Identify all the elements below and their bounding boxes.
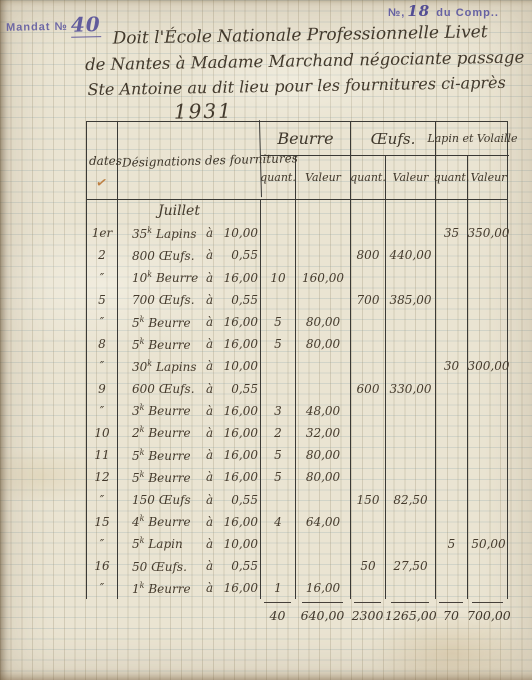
lapin-quant-cell (436, 422, 468, 444)
compte-stamp: №,18du Comp.. (388, 2, 499, 20)
designation-cell: 30k Lapins à 10,00 (118, 355, 261, 377)
table-row: 9 600 Œufs. à 0,55 600 330,00 (87, 378, 507, 400)
beurre-quant-cell: 5 (261, 444, 296, 466)
designation-cell: 1k Beurre à 16,00 (118, 577, 261, 599)
designation-a: à (206, 271, 213, 285)
beurre-valeur-cell (296, 355, 351, 377)
designation-item: 2k Beurre (132, 425, 191, 440)
designation-a: à (206, 382, 213, 396)
designation-a: à (206, 581, 213, 595)
oeufs-valeur-cell: 440,00 (386, 244, 436, 266)
designation-a: à (206, 248, 213, 262)
lapin-quant-cell (436, 555, 468, 577)
table-row: 16 50 Œufs. à 0,55 50 27,50 (87, 555, 507, 577)
beurre-quant-cell (261, 555, 296, 577)
beurre-quant-cell (261, 289, 296, 311)
lapin-valeur-cell: 300,00 (468, 355, 509, 377)
lapin-quant-cell (436, 488, 468, 510)
designation-cell: 5k Beurre à 16,00 (118, 333, 261, 355)
lapin-valeur-cell (468, 311, 509, 333)
lapin-quant-cell (436, 333, 468, 355)
title-year: 1931 (174, 99, 233, 124)
designation-a: à (206, 426, 213, 440)
lapin-valeur-cell (468, 244, 509, 266)
date-cell: 10 (87, 422, 118, 444)
beurre-valeur-cell (296, 244, 351, 266)
designation-item: 5k Lapin (132, 536, 183, 551)
mandat-stamp-label: Mandat № (6, 21, 68, 34)
designation-a: à (206, 293, 213, 307)
designation-item: 4k Beurre (132, 514, 191, 529)
beurre-quant-cell: 2 (261, 422, 296, 444)
total-beurre-quant: 40 (260, 601, 295, 633)
table-row: ″ 5k Beurre à 16,00 5 80,00 (87, 311, 507, 333)
mandat-number: 40 (71, 12, 101, 38)
designation-item: 150 Œufs (132, 492, 191, 507)
lapin-valeur-cell (468, 289, 509, 311)
oeufs-quant-cell: 150 (351, 488, 386, 510)
lapin-valeur-cell: 350,00 (468, 222, 509, 244)
oeufs-valeur-cell: 82,50 (386, 488, 436, 510)
designation-item: 5k Beurre (132, 315, 191, 330)
header-lapin-quant: quant. (436, 156, 468, 199)
total-lapin-valeur: 700,00 (467, 601, 508, 633)
beurre-quant-cell: 5 (261, 333, 296, 355)
beurre-valeur-cell (296, 555, 351, 577)
beurre-valeur-cell (296, 222, 351, 244)
designation-item: 800 Œufs. (132, 248, 195, 263)
designation-a: à (206, 537, 213, 551)
lapin-valeur-cell (468, 422, 509, 444)
lapin-valeur-cell (468, 466, 509, 488)
designation-item: 700 Œufs. (132, 292, 195, 307)
beurre-valeur-cell: 160,00 (296, 267, 351, 289)
designation-unit-price: 0,55 (218, 248, 258, 262)
date-cell (87, 200, 118, 222)
oeufs-valeur-cell (386, 422, 436, 444)
designation-unit-price: 16,00 (218, 581, 258, 595)
designation-item: 1k Beurre (132, 581, 191, 596)
table-row: ″ 5k Lapin à 10,00 5 50,00 (87, 533, 507, 555)
lapin-quant-cell: 30 (436, 355, 468, 377)
oeufs-valeur-cell (386, 355, 436, 377)
table-row: 12 5k Beurre à 16,00 5 80,00 (87, 466, 507, 488)
oeufs-quant-cell: 700 (351, 289, 386, 311)
compte-suffix: du Comp.. (436, 7, 499, 19)
oeufs-quant-cell: 50 (351, 555, 386, 577)
oeufs-valeur-cell (386, 267, 436, 289)
beurre-valeur-cell: 32,00 (296, 422, 351, 444)
date-cell: ″ (87, 311, 118, 333)
oeufs-quant-cell: 600 (351, 378, 386, 400)
beurre-quant-cell: 5 (261, 466, 296, 488)
lapin-valeur-cell (468, 400, 509, 422)
compte-number: 18 (407, 2, 430, 20)
beurre-valeur-cell: 80,00 (296, 311, 351, 333)
oeufs-quant-cell (351, 466, 386, 488)
header-oeufs-valeur: Valeur (386, 156, 436, 199)
lapin-quant-cell: 35 (436, 222, 468, 244)
designation-cell: 5k Beurre à 16,00 (118, 444, 261, 466)
designation-item: 5k Beurre (132, 470, 191, 485)
lapin-quant-cell (436, 466, 468, 488)
oeufs-quant-cell (351, 533, 386, 555)
lapin-quant-cell (436, 400, 468, 422)
date-cell: ″ (87, 400, 118, 422)
oeufs-quant-cell (351, 355, 386, 377)
oeufs-valeur-cell (386, 222, 436, 244)
title-line-2: de Nantes à Madame Marchand négociante p… (85, 47, 525, 74)
table-row: 11 5k Beurre à 16,00 5 80,00 (87, 444, 507, 466)
designation-cell: 5k Beurre à 16,00 (118, 466, 261, 488)
beurre-valeur-cell: 80,00 (296, 333, 351, 355)
designation-cell: 10k Beurre à 16,00 (118, 267, 261, 289)
oeufs-quant-cell: 800 (351, 244, 386, 266)
table-row: ″ 3k Beurre à 16,00 3 48,00 (87, 400, 507, 422)
table-row: ″ 1k Beurre à 16,00 1 16,00 (87, 577, 507, 599)
date-cell: 9 (87, 378, 118, 400)
lapin-quant-cell (436, 289, 468, 311)
mandat-stamp: Mandat №40 (6, 12, 101, 38)
designation-unit-price: 16,00 (218, 515, 258, 529)
table-header: dates Désignations des fournitures Beurr… (86, 121, 508, 200)
oeufs-quant-cell (351, 267, 386, 289)
beurre-quant-cell (261, 355, 296, 377)
beurre-valeur-cell (296, 533, 351, 555)
designation-cell: 4k Beurre à 16,00 (118, 511, 261, 533)
designation-cell: 5k Lapin à 10,00 (118, 533, 261, 555)
beurre-quant-cell (261, 488, 296, 510)
lapin-valeur-cell (468, 267, 509, 289)
designation-unit-price: 0,55 (218, 382, 258, 396)
beurre-quant-cell (261, 244, 296, 266)
beurre-valeur-cell: 48,00 (296, 400, 351, 422)
table-row: 2 800 Œufs. à 0,55 800 440,00 (87, 244, 507, 266)
designation-item: 10k Beurre (132, 270, 198, 285)
lapin-quant-cell (436, 378, 468, 400)
designation-unit-price: 16,00 (218, 271, 258, 285)
lapin-quant-cell (436, 444, 468, 466)
lapin-quant-cell (436, 267, 468, 289)
designation-unit-price: 10,00 (218, 226, 258, 240)
oeufs-quant-cell (351, 577, 386, 599)
oeufs-valeur-cell: 27,50 (386, 555, 436, 577)
oeufs-valeur-cell (386, 577, 436, 599)
designation-item: 600 Œufs. (132, 381, 195, 396)
lapin-quant-cell: 5 (436, 533, 468, 555)
lapin-valeur-cell (468, 488, 509, 510)
beurre-quant-cell: 4 (261, 511, 296, 533)
date-cell: 2 (87, 244, 118, 266)
table-row: 1er 35k Lapins à 10,00 35 350,00 (87, 222, 507, 244)
designation-cell: 150 Œufs à 0,55 (118, 488, 261, 510)
designation-item: 50 Œufs. (132, 559, 187, 574)
designation-a: à (206, 337, 213, 351)
lapin-quant-cell (436, 244, 468, 266)
oeufs-valeur-cell (386, 444, 436, 466)
date-cell: 16 (87, 555, 118, 577)
table-body: Juillet 1er 35k Lapins à 10,00 35 350,00… (86, 200, 508, 599)
designation-cell: 50 Œufs. à 0,55 (118, 555, 261, 577)
oeufs-quant-cell (351, 222, 386, 244)
oeufs-quant-cell (351, 311, 386, 333)
lapin-quant-cell (436, 577, 468, 599)
designation-a: à (206, 404, 213, 418)
designation-unit-price: 16,00 (218, 315, 258, 329)
designation-unit-price: 0,55 (218, 293, 258, 307)
oeufs-valeur-cell: 330,00 (386, 378, 436, 400)
oeufs-valeur-cell (386, 311, 436, 333)
beurre-quant-cell (261, 378, 296, 400)
total-oeufs-quant: 2300 (350, 601, 385, 633)
header-designations: Désignations des fournitures (117, 120, 262, 201)
table-row: 8 5k Beurre à 16,00 5 80,00 (87, 333, 507, 355)
table-row: ″ 150 Œufs à 0,55 150 82,50 (87, 488, 507, 510)
beurre-quant-cell (261, 533, 296, 555)
oeufs-valeur-cell (386, 533, 436, 555)
lapin-valeur-cell (468, 378, 509, 400)
designation-item: 5k Beurre (132, 448, 191, 463)
date-cell: ″ (87, 267, 118, 289)
date-cell: ″ (87, 488, 118, 510)
date-cell: ″ (87, 355, 118, 377)
lapin-valeur-cell (468, 333, 509, 355)
oeufs-valeur-cell (386, 511, 436, 533)
beurre-quant-cell (261, 222, 296, 244)
lapin-valeur-cell (468, 511, 509, 533)
table-row: 5 700 Œufs. à 0,55 700 385,00 (87, 289, 507, 311)
designation-a: à (206, 448, 213, 462)
designation-cell: 2k Beurre à 16,00 (118, 422, 261, 444)
designation-cell: 800 Œufs. à 0,55 (118, 244, 261, 266)
oeufs-quant-cell (351, 444, 386, 466)
designation-cell: 35k Lapins à 10,00 (118, 222, 261, 244)
designation-unit-price: 10,00 (218, 359, 258, 373)
beurre-quant-cell: 1 (261, 577, 296, 599)
beurre-valeur-cell (296, 488, 351, 510)
designation-unit-price: 16,00 (218, 470, 258, 484)
designation-item: 30k Lapins (132, 359, 197, 374)
header-lapin-valeur: Valeur (468, 156, 509, 199)
designation-unit-price: 16,00 (218, 448, 258, 462)
designation-unit-price: 10,00 (218, 537, 258, 551)
oeufs-quant-cell (351, 333, 386, 355)
designation-item: 3k Beurre (132, 403, 191, 418)
beurre-quant-cell: 10 (261, 267, 296, 289)
designation-unit-price: 16,00 (218, 426, 258, 440)
designation-a: à (206, 493, 213, 507)
beurre-valeur-cell (296, 378, 351, 400)
title-line-1: Doit l'École Nationale Professionnelle L… (112, 22, 512, 49)
oeufs-valeur-cell (386, 400, 436, 422)
table-row: ″ 30k Lapins à 10,00 30 300,00 (87, 355, 507, 377)
designation-a: à (206, 226, 213, 240)
designation-cell: 3k Beurre à 16,00 (118, 400, 261, 422)
total-lapin-quant: 70 (435, 601, 467, 633)
month-cell: Juillet (118, 200, 261, 222)
oeufs-valeur-cell: 385,00 (386, 289, 436, 311)
beurre-quant-cell: 5 (261, 311, 296, 333)
supplies-table: dates Désignations des fournitures Beurr… (86, 121, 508, 599)
date-cell: 12 (87, 466, 118, 488)
designation-a: à (206, 315, 213, 329)
designation-item: 35k Lapins (132, 226, 197, 241)
beurre-valeur-cell: 64,00 (296, 511, 351, 533)
header-beurre-valeur: Valeur (296, 156, 351, 199)
table-row: ″ 10k Beurre à 16,00 10 160,00 (87, 267, 507, 289)
date-cell: ″ (87, 533, 118, 555)
oeufs-valeur-cell (386, 466, 436, 488)
lapin-valeur-cell: 50,00 (468, 533, 509, 555)
designation-unit-price: 16,00 (218, 337, 258, 351)
designation-a: à (206, 470, 213, 484)
beurre-valeur-cell: 80,00 (296, 466, 351, 488)
lapin-valeur-cell (468, 577, 509, 599)
designation-cell: 600 Œufs. à 0,55 (118, 378, 261, 400)
designation-cell: 5k Beurre à 16,00 (118, 311, 261, 333)
table-row: 15 4k Beurre à 16,00 4 64,00 (87, 511, 507, 533)
header-group-oeufs: Œufs. (351, 122, 436, 156)
designation-unit-price: 16,00 (218, 404, 258, 418)
oeufs-valeur-cell (386, 333, 436, 355)
header-group-lapin: Lapin et Volaille (436, 122, 509, 156)
designation-a: à (206, 359, 213, 373)
month-label: Juillet (158, 203, 200, 219)
totals-row: 40 640,00 2300 1265,00 70 700,00 (86, 601, 508, 633)
beurre-valeur-cell: 16,00 (296, 577, 351, 599)
date-cell: ″ (87, 577, 118, 599)
title-line-3: Ste Antoine au dit lieu pour les fournit… (87, 72, 527, 99)
oeufs-quant-cell (351, 422, 386, 444)
total-oeufs-valeur: 1265,00 (385, 601, 435, 633)
lapin-valeur-cell (468, 555, 509, 577)
oeufs-quant-cell (351, 400, 386, 422)
beurre-valeur-cell (296, 289, 351, 311)
table-row: 10 2k Beurre à 16,00 2 32,00 (87, 422, 507, 444)
ledger-page: Mandat №40 №,18du Comp.. Doit l'École Na… (0, 0, 532, 680)
date-cell: 11 (87, 444, 118, 466)
header-dates: dates (87, 122, 118, 199)
compte-no-label: №, (388, 7, 405, 19)
lapin-quant-cell (436, 511, 468, 533)
header-oeufs-quant: quant. (351, 156, 386, 199)
date-cell: 1er (87, 222, 118, 244)
lapin-quant-cell (436, 311, 468, 333)
designation-a: à (206, 515, 213, 529)
beurre-valeur-cell: 80,00 (296, 444, 351, 466)
designation-unit-price: 0,55 (218, 559, 258, 573)
designation-a: à (206, 559, 213, 573)
designation-cell: 700 Œufs. à 0,55 (118, 289, 261, 311)
lapin-valeur-cell (468, 444, 509, 466)
date-cell: 5 (87, 289, 118, 311)
designation-item: 5k Beurre (132, 337, 191, 352)
oeufs-quant-cell (351, 511, 386, 533)
total-beurre-valeur: 640,00 (295, 601, 350, 633)
beurre-quant-cell: 3 (261, 400, 296, 422)
date-cell: 8 (87, 333, 118, 355)
designation-unit-price: 0,55 (218, 493, 258, 507)
month-row: Juillet (87, 200, 507, 222)
date-cell: 15 (87, 511, 118, 533)
